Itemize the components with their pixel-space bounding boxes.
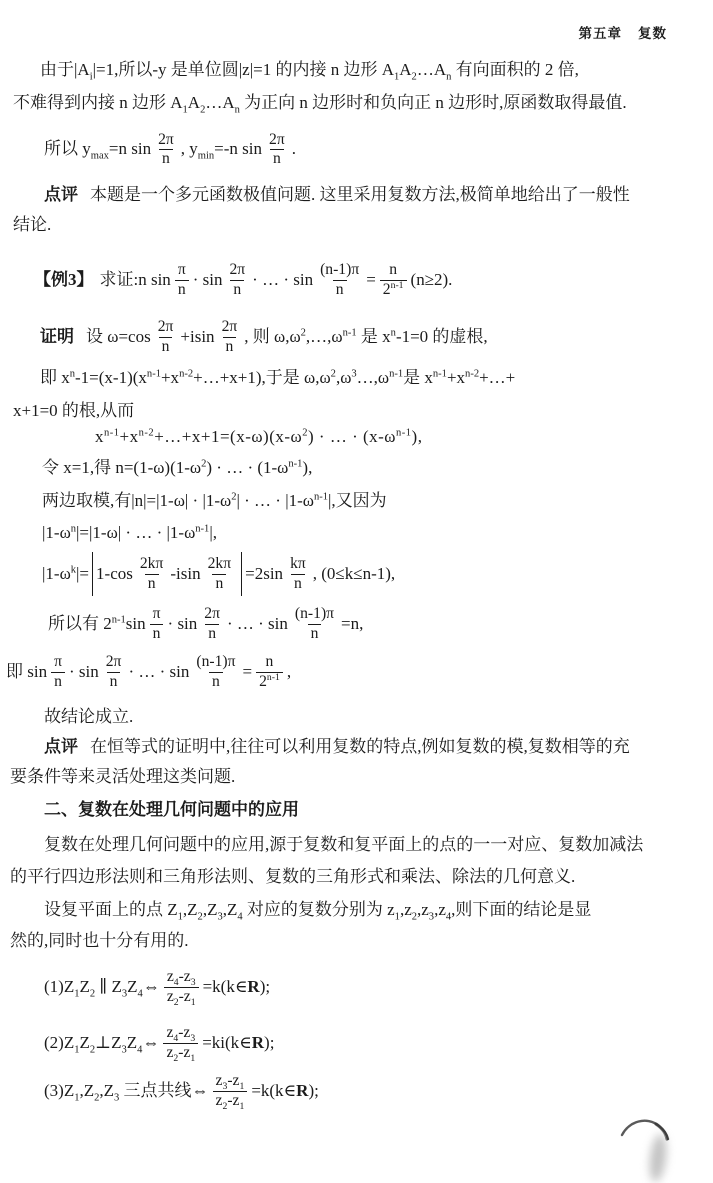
fraction-denominator: z2-z1 [163,1043,198,1062]
fraction: 2kπn [137,555,167,593]
fraction-denominator: n [159,337,173,356]
fraction-denominator: n [308,624,322,643]
formula-segment: 所以有 2n-1sin [48,613,146,636]
fraction-denominator: n [230,280,244,299]
formula-segment: (2)Z1Z2⊥Z3Z4⇔ [44,1032,159,1055]
fraction-numerator: 2π [155,318,177,336]
fraction-numerator: (n-1)π [317,261,362,279]
fraction-denominator: n [291,574,305,593]
fraction-denominator: n [150,624,164,643]
book-title: 复数 [638,26,667,41]
fraction-denominator: n [223,337,237,356]
fraction-numerator: (n-1)π [292,605,337,623]
fraction: 2kπn [205,555,235,593]
formula-segment: =k(k∈ [251,1080,296,1103]
fraction-numerator: 2π [226,261,248,279]
fraction: n2n-1 [256,653,283,691]
fraction-denominator: n [205,624,219,643]
paragraph-area-line2: 不难得到内接 n 边形 A1A2…An 为正向 n 边形时和负向正 n 边形时,… [13,92,627,115]
formula-segment: (n≥2). [411,269,453,292]
fraction-numerator: n [386,261,400,279]
tall-vertical-bar [92,552,93,596]
formula-segment: · … · sin [252,269,313,292]
fraction: 2πn [266,131,288,169]
fraction: 2πn [155,131,177,169]
book-page: 第五章复数 由于|Ai|=1,所以-y 是单位圆|z|=1 的内接 n 边形 A… [0,0,713,1183]
substitute-x1-line: 令 x=1,得 n=(1-ω)(1-ω2) · … · (1-ωn-1), [42,457,312,480]
fraction-denominator: n [159,149,173,168]
fraction: πn [150,605,164,643]
formula-segment: ); [264,1032,274,1055]
formula-segment: 即 sin [6,661,47,684]
formula-segment: =ki(k∈ [202,1032,252,1055]
conclusion-holds-line: 故结论成立. [44,706,133,729]
real-number-set-symbol: R [247,976,259,999]
section-heading: 二、复数在处理几何问题中的应用 [44,799,299,822]
review1-line2: 结论. [13,214,51,237]
fraction: kπn [287,555,309,593]
points-setup-line2: 然的,同时也十分有用的. [10,930,189,953]
formula-segment: -isin [170,563,200,586]
fraction: 2πn [103,653,125,691]
fraction-numerator: n [263,653,277,671]
fraction: z3-z1z2-z1 [213,1072,248,1110]
fraction: (n-1)πn [193,653,238,691]
review2-line2: 要条件等来灵活处理这类问题. [10,766,235,789]
fraction-denominator: n [51,672,65,691]
formula-segment: , (0≤k≤n-1), [313,563,395,586]
review2-line1: 点评在恒等式的证明中,往往可以利用复数的特点,例如复数的模,复数相等的充 [44,736,630,759]
formula-segment: 1-cos [96,563,133,586]
page-curl-artifact [596,1102,706,1183]
fraction-denominator: 2n-1 [380,280,407,299]
formula-segment: 求证:n sin [100,269,171,292]
formula-segment: , 则 ω,ω2,…,ωn-1 是 xn-1=0 的虚根, [244,326,487,349]
fraction: (n-1)πn [292,605,337,643]
fraction-numerator: π [175,261,189,279]
formula-segment: · sin [69,661,99,684]
fraction: 2πn [201,605,223,643]
formula-segment: , ymin=-n sin [181,138,262,161]
formula-ymax-ymin: 所以 ymax=n sin 2πn , ymin=-n sin 2πn . [44,127,296,172]
formula-parallel-condition: (1)Z1Z2 ∥ Z3Z4⇔ z4-z3z2-z1 =k(k∈ R ); [44,960,270,1014]
formula-example3: 【例3】 求证:n sin πn · sin 2πn · … · sin (n-… [34,255,452,305]
fraction-denominator: z2-z1 [213,1091,248,1110]
formula-segment: 设 ω=cos [86,326,151,349]
formula-segment: , [287,661,291,684]
fraction: z4-z3z2-z1 [164,968,199,1006]
fraction: πn [175,261,189,299]
paragraph-area-line1: 由于|Ai|=1,所以-y 是单位圆|z|=1 的内接 n 边形 A1A2…An… [40,59,579,82]
formula-segment: |1-ωk|= [42,563,89,586]
factorization-line1: 即 xn-1=(x-1)(xn-1+xn-2+…+x+1),于是 ω,ω2,ω3… [40,367,515,390]
review1-line1: 点评本题是一个多元函数极值问题. 这里采用复数方法,极简单地给出了一般性 [44,184,630,207]
formula-omega-k-modulus: |1-ωk|= 1-cos 2kπn -isin 2kπn =2sin kπn … [42,551,395,597]
fraction: 2πn [226,261,248,299]
review1-text: 本题是一个多元函数极值问题. 这里采用复数方法,极简单地给出了一般性 [90,185,630,204]
fraction: 2πn [219,318,241,356]
fraction-numerator: 2π [219,318,241,336]
fraction-numerator: kπ [287,555,309,573]
fraction-numerator: 2kπ [137,555,167,573]
fraction-numerator: 2kπ [205,555,235,573]
formula-segment: · … · sin [227,613,288,636]
fraction-denominator: n [107,672,121,691]
fraction: 2πn [155,318,177,356]
real-number-set-symbol: R [252,1032,264,1055]
page-curl-shadow [647,1133,669,1183]
fraction-numerator: π [150,605,164,623]
modulus-line2: |1-ωn|=|1-ω| · … · |1-ωn-1|, [42,522,217,545]
fraction-numerator: z3-z1 [213,1072,248,1090]
proof-label: 证明 [40,326,74,349]
fraction: n2n-1 [380,261,407,299]
chapter-label: 第五章 [579,26,623,41]
formula-segment: =n, [341,613,363,636]
fraction: πn [51,653,65,691]
formula-segment: . [292,138,296,161]
formula-segment: = [242,661,252,684]
formula-segment: ); [260,976,270,999]
fraction-denominator: n [209,672,223,691]
fraction: (n-1)πn [317,261,362,299]
fraction-numerator: 2π [103,653,125,671]
formula-proof-setup: 证明 设 ω=cos 2πn +isin 2πn , 则 ω,ω2,…,ωn-1… [40,313,488,361]
fraction-numerator: 2π [201,605,223,623]
formula-segment: +isin [180,326,214,349]
formula-segment: 所以 ymax=n sin [44,138,151,161]
fraction-numerator: π [51,653,65,671]
review-label: 点评 [44,737,78,756]
fraction-numerator: 2π [266,131,288,149]
real-number-set-symbol: R [296,1080,308,1103]
formula-segment: (3)Z1,Z2,Z3 三点共线⇔ [44,1080,209,1103]
fraction-denominator: z2-z1 [164,987,199,1006]
fraction-denominator: n [175,280,189,299]
geometry-paragraph-line2: 的平行四边形法则和三角形法则、复数的三角形式和乘法、除法的几何意义. [10,866,575,889]
example-label: 【例3】 [34,269,94,292]
formula-segment: ); [308,1080,318,1103]
formula-segment: (1)Z1Z2 ∥ Z3Z4⇔ [44,976,160,999]
fraction: z4-z3z2-z1 [163,1024,198,1062]
fraction-denominator: n [145,574,159,593]
modulus-line1: 两边取模,有|n|=|1-ω| · |1-ω2| · … · |1-ωn-1|,… [42,490,387,513]
formula-segment: = [366,269,376,292]
fraction-denominator: 2n-1 [256,672,283,691]
formula-segment: =k(k∈ [203,976,248,999]
formula-conclusion-product: 所以有 2n-1sin πn · sin 2πn · … · sin (n-1)… [48,600,363,648]
formula-collinear-condition: (3)Z1,Z2,Z3 三点共线⇔ z3-z1z2-z1 =k(k∈ R ); [44,1064,319,1118]
fraction-numerator: z4-z3 [163,1024,198,1042]
formula-final-identity: 即 sin πn · sin 2πn · … · sin (n-1)πn = n… [6,648,291,696]
page-header: 第五章复数 [579,22,668,42]
tall-vertical-bar [241,552,242,596]
fraction-denominator: n [333,280,347,299]
review-label: 点评 [44,185,78,204]
formula-segment: · … · sin [128,661,189,684]
fraction-denominator: n [270,149,284,168]
fraction-denominator: n [212,574,226,593]
geometry-paragraph-line1: 复数在处理几何问题中的应用,源于复数和复平面上的点的一一对应、复数加减法 [44,834,643,857]
points-setup-line1: 设复平面上的点 Z1,Z2,Z3,Z4 对应的复数分别为 z1,z2,z3,z4… [44,899,591,922]
formula-perpendicular-condition: (2)Z1Z2⊥Z3Z4⇔ z4-z3z2-z1 =ki(k∈ R ); [44,1016,274,1070]
formula-segment: =2sin [245,563,283,586]
fraction-numerator: (n-1)π [193,653,238,671]
fraction-numerator: z4-z3 [164,968,199,986]
centered-equation: xn-1+xn-2+…+x+1=(x-ω)(x-ω2) · … · (x-ωn-… [95,426,422,449]
review2-text: 在恒等式的证明中,往往可以利用复数的特点,例如复数的模,复数相等的充 [90,737,630,756]
fraction-numerator: 2π [155,131,177,149]
formula-segment: · sin [168,613,198,636]
formula-segment: · sin [193,269,223,292]
factorization-line2: x+1=0 的根,从而 [13,400,134,423]
